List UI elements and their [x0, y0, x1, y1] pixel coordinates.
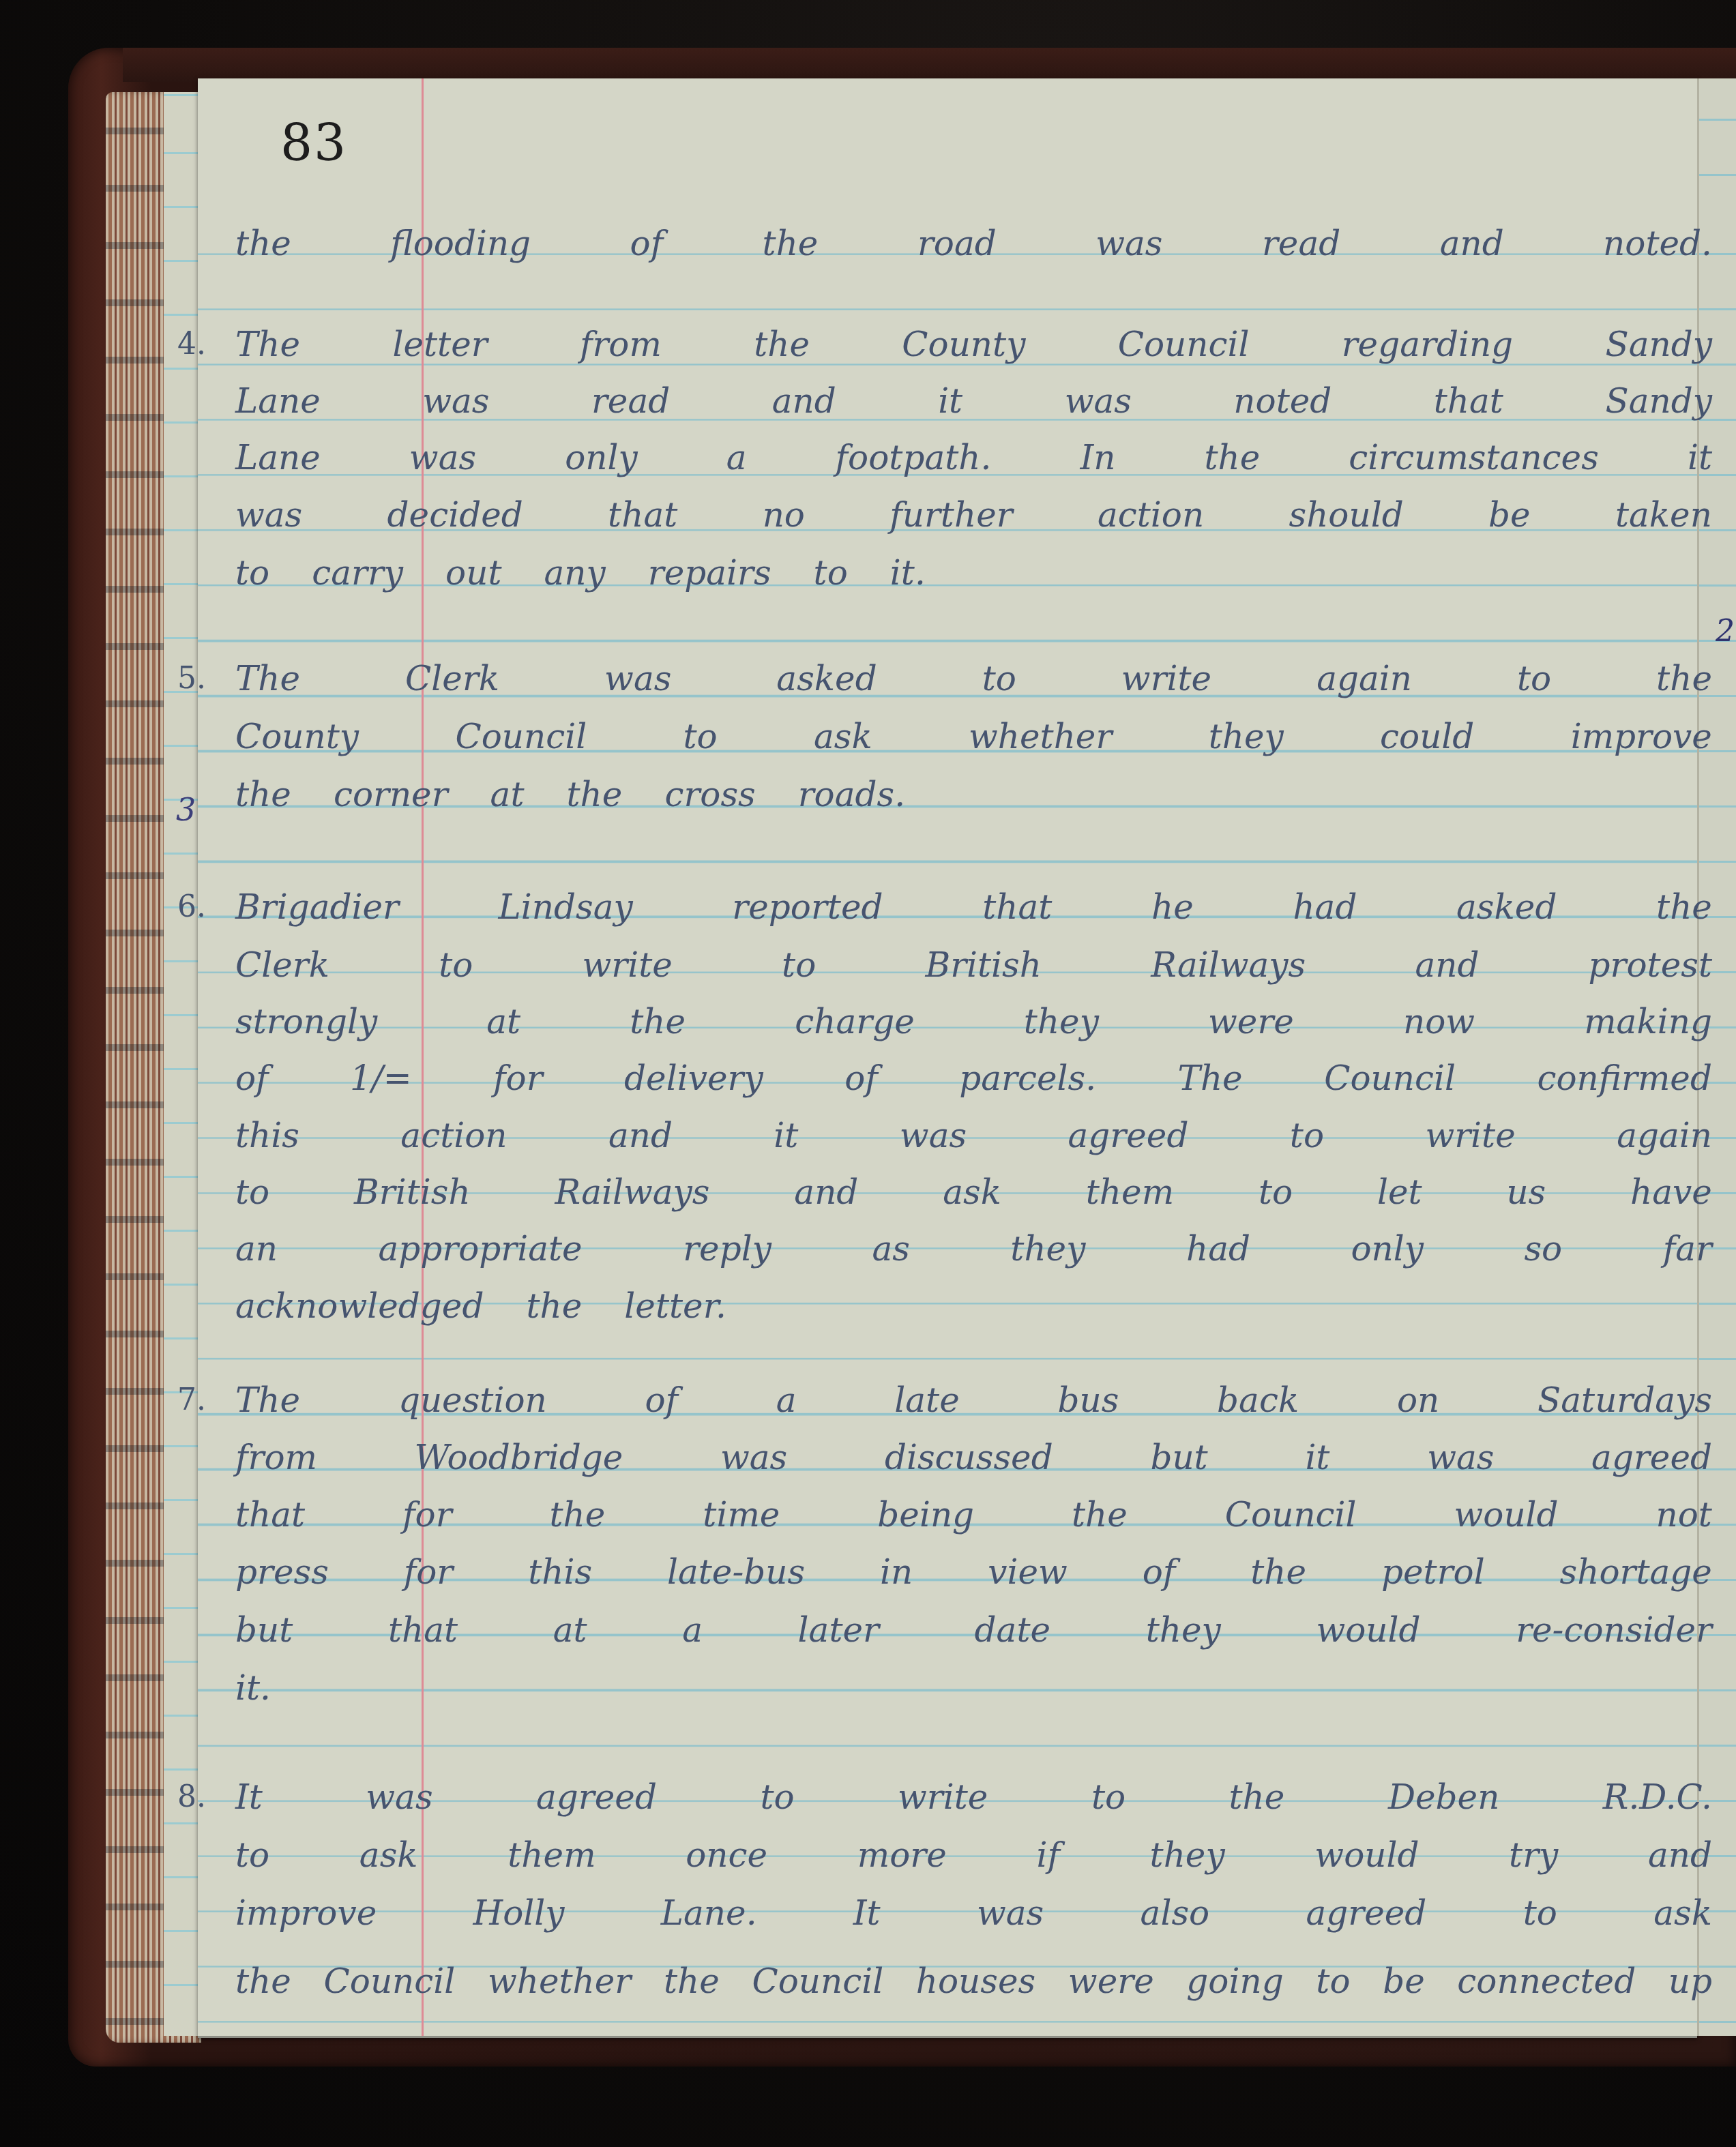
minute-line: TheletterfromtheCountyCouncilregardingSa…	[235, 321, 1712, 368]
handwritten-word: they	[1146, 1606, 1221, 1654]
minute-line: acknowledgedtheletter.	[235, 1282, 1712, 1330]
handwritten-word: was	[366, 1773, 432, 1821]
handwritten-word: let	[1377, 1168, 1422, 1216]
handwritten-word: Woodbridge	[415, 1434, 623, 1481]
handwritten-word: write	[898, 1773, 988, 1821]
handwritten-word: Holly	[473, 1889, 565, 1937]
handwritten-word: that	[982, 883, 1052, 931]
handwritten-minutes: thefloodingoftheroadwasreadandnoted.4.Th…	[0, 0, 1736, 2147]
handwritten-word: to	[1259, 1168, 1293, 1216]
handwritten-word: footpath.	[836, 434, 992, 482]
handwritten-word: would	[1316, 1606, 1420, 1654]
handwritten-word: at	[490, 771, 525, 818]
handwritten-word: that	[1434, 377, 1503, 425]
handwritten-word: this	[235, 1112, 299, 1159]
minute-line: theCouncilwhethertheCouncilhousesweregoi…	[235, 1957, 1712, 2005]
handwritten-word: agreed	[1068, 1112, 1189, 1159]
handwritten-word: cross	[664, 771, 755, 818]
handwritten-word: to	[982, 655, 1016, 702]
handwritten-word: they	[1024, 998, 1099, 1046]
handwritten-word: houses	[916, 1957, 1035, 2005]
handwritten-word: the	[1072, 1491, 1128, 1539]
handwritten-word: was	[1427, 1434, 1494, 1481]
handwritten-word: could	[1380, 713, 1474, 760]
handwritten-word: only	[565, 434, 638, 482]
handwritten-word: not	[1656, 1491, 1712, 1539]
handwritten-word: carry	[312, 549, 403, 597]
handwritten-word: Sandy	[1605, 321, 1712, 368]
handwritten-word: to	[1091, 1773, 1126, 1821]
handwritten-word: of	[235, 1054, 269, 1102]
handwritten-word: being	[877, 1491, 974, 1539]
handwritten-word: was	[1065, 377, 1132, 425]
handwritten-word: and	[1415, 941, 1479, 989]
handwritten-word: have	[1630, 1168, 1712, 1216]
handwritten-word: as	[872, 1225, 909, 1273]
handwritten-word: from	[580, 321, 662, 368]
handwritten-word: was	[1095, 220, 1162, 267]
minute-line: TheClerkwasaskedtowriteagaintothe	[235, 655, 1712, 702]
minute-line: of1/=fordeliveryofparcels.TheCouncilconf…	[235, 1054, 1712, 1102]
handwritten-word: petrol	[1381, 1548, 1485, 1596]
handwritten-word: this	[528, 1548, 592, 1596]
handwritten-word: action	[400, 1112, 507, 1159]
handwritten-word: the	[664, 1957, 720, 2005]
handwritten-word: it.	[890, 549, 926, 597]
minute-line: fromWoodbridgewasdiscussedbutitwasagreed	[235, 1434, 1712, 1481]
handwritten-word: try	[1509, 1831, 1558, 1879]
handwritten-word: also	[1141, 1889, 1210, 1937]
item-number: 8.	[177, 1773, 218, 1821]
minute-line: ThequestionofalatebusbackonSaturdays	[235, 1376, 1712, 1424]
handwritten-word: asked	[1456, 883, 1557, 931]
handwritten-word: the	[235, 1957, 291, 2005]
handwritten-word: making	[1584, 998, 1712, 1046]
handwritten-word: had	[1186, 1225, 1250, 1273]
minute-line: ItwasagreedtowritetotheDebenR.D.C.	[235, 1773, 1712, 1821]
minute-line: thisactionanditwasagreedtowriteagain	[235, 1112, 1712, 1159]
handwritten-word: and	[1648, 1831, 1712, 1879]
minute-line: pressforthislate-businviewofthepetrolsho…	[235, 1548, 1712, 1596]
handwritten-word: them	[1086, 1168, 1174, 1216]
handwritten-word: Council	[455, 713, 587, 760]
handwritten-word: far	[1663, 1225, 1712, 1273]
handwritten-word: it.	[235, 1664, 271, 1712]
handwritten-word: was	[900, 1112, 967, 1159]
handwritten-word: that	[608, 491, 677, 539]
handwritten-word: Clerk	[235, 941, 329, 989]
handwritten-word: write	[1121, 655, 1211, 702]
handwritten-word: Council	[324, 1957, 456, 2005]
handwritten-word: to	[1517, 655, 1551, 702]
handwritten-word: going	[1186, 1957, 1283, 2005]
handwritten-word: they	[1150, 1831, 1225, 1879]
minute-line: toaskthemoncemoreiftheywouldtryand	[235, 1831, 1712, 1879]
handwritten-word: Saturdays	[1538, 1376, 1712, 1424]
handwritten-word: British	[354, 1168, 471, 1216]
handwritten-word: the	[754, 321, 810, 368]
handwritten-word: had	[1293, 883, 1357, 931]
handwritten-word: County	[902, 321, 1025, 368]
handwritten-word: Council	[1225, 1491, 1357, 1539]
handwritten-word: of	[645, 1376, 678, 1424]
handwritten-word: any	[544, 549, 605, 597]
handwritten-word: corner	[334, 771, 448, 818]
minute-line: thatforthetimebeingtheCouncilwouldnot	[235, 1491, 1712, 1539]
handwritten-word: so	[1524, 1225, 1562, 1273]
handwritten-word: and	[608, 1112, 673, 1159]
handwritten-word: In	[1080, 434, 1115, 482]
handwritten-word: decided	[387, 491, 523, 539]
handwritten-word: from	[235, 1434, 317, 1481]
handwritten-word: if	[1036, 1831, 1060, 1879]
minute-line: LanewasreadanditwasnotedthatSandy	[235, 377, 1712, 425]
handwritten-word: back	[1217, 1376, 1299, 1424]
handwritten-word: be	[1488, 491, 1531, 539]
handwritten-word: for	[402, 1491, 452, 1539]
handwritten-word: ask	[814, 713, 872, 760]
handwritten-word: roads.	[798, 771, 905, 818]
handwritten-word: the	[1656, 655, 1712, 702]
handwritten-word: would	[1314, 1831, 1419, 1879]
item-number: 4.	[177, 321, 218, 368]
handwritten-word: Clerk	[405, 655, 499, 702]
handwritten-word: no	[763, 491, 805, 539]
handwritten-word: were	[1208, 998, 1294, 1046]
handwritten-word: acknowledged	[235, 1282, 484, 1330]
handwritten-word: now	[1403, 998, 1475, 1046]
handwritten-word: Council	[1118, 321, 1250, 368]
handwritten-word: R.D.C.	[1603, 1773, 1712, 1821]
handwritten-word: ask	[1653, 1889, 1712, 1937]
handwritten-word: to	[814, 549, 848, 597]
handwritten-word: the	[526, 1282, 582, 1330]
handwritten-word: them	[507, 1831, 595, 1879]
handwritten-word: view	[988, 1548, 1068, 1596]
handwritten-word: Lindsay	[499, 883, 633, 931]
handwritten-word: Railways	[555, 1168, 709, 1216]
handwritten-word: again	[1617, 1112, 1712, 1159]
handwritten-word: a	[682, 1606, 703, 1654]
handwritten-word: charge	[795, 998, 915, 1046]
handwritten-word: an	[235, 1225, 278, 1273]
handwritten-word: Sandy	[1605, 377, 1712, 425]
handwritten-word: at	[553, 1606, 587, 1654]
handwritten-word: Lane	[235, 434, 321, 482]
handwritten-word: were	[1068, 1957, 1154, 2005]
handwritten-word: the	[1656, 883, 1712, 931]
minute-line: Lanewasonlyafootpath.Inthecircumstancesi…	[235, 434, 1712, 482]
handwritten-word: 1/=	[350, 1054, 412, 1102]
handwritten-word: out	[445, 549, 501, 597]
handwritten-word: the	[763, 220, 819, 267]
handwritten-word: bus	[1058, 1376, 1119, 1424]
handwritten-word: confirmed	[1537, 1054, 1712, 1102]
handwritten-word: write	[1425, 1112, 1515, 1159]
handwritten-word: write	[583, 941, 673, 989]
handwritten-word: Council	[752, 1957, 883, 2005]
handwritten-word: The	[235, 655, 300, 702]
handwritten-word: regarding	[1342, 321, 1513, 368]
minute-line: it.	[235, 1664, 1712, 1712]
handwritten-word: read	[591, 377, 670, 425]
handwritten-word: press	[235, 1548, 329, 1596]
handwritten-word: ask	[359, 1831, 418, 1879]
handwritten-word: improve	[1571, 713, 1712, 760]
handwritten-word: be	[1383, 1957, 1425, 2005]
handwritten-word: read	[1262, 220, 1340, 267]
handwritten-word: at	[486, 998, 520, 1046]
handwritten-word: that	[235, 1491, 305, 1539]
handwritten-word: Brigadier	[235, 883, 399, 931]
handwritten-word: a	[726, 434, 747, 482]
handwritten-word: It	[235, 1773, 263, 1821]
handwritten-word: was	[977, 1889, 1044, 1937]
handwritten-word: on	[1397, 1376, 1439, 1424]
handwritten-word: to	[1290, 1112, 1324, 1159]
handwritten-word: the	[1229, 1773, 1285, 1821]
minute-line: stronglyatthechargetheywerenowmaking	[235, 998, 1712, 1046]
handwritten-word: it	[938, 377, 962, 425]
handwritten-word: would	[1454, 1491, 1558, 1539]
handwritten-word: the	[630, 998, 686, 1046]
minute-line: ClerktowritetoBritishRailwaysandprotest	[235, 941, 1712, 989]
handwritten-word: only	[1351, 1225, 1424, 1273]
handwritten-word: noted	[1233, 377, 1332, 425]
minute-line: CountyCounciltoaskwhethertheycouldimprov…	[235, 713, 1712, 760]
handwritten-word: agreed	[1306, 1889, 1426, 1937]
handwritten-word: re-consider	[1516, 1606, 1712, 1654]
minute-line: wasdecidedthatnofurtheractionshouldbetak…	[235, 491, 1712, 539]
handwritten-word: was	[604, 655, 671, 702]
handwritten-word: discussed	[885, 1434, 1053, 1481]
handwritten-word: to	[683, 713, 717, 760]
handwritten-word: a	[776, 1376, 797, 1424]
handwritten-word: whether	[969, 713, 1112, 760]
handwritten-word: County	[235, 713, 359, 760]
handwritten-word: to	[782, 941, 816, 989]
handwritten-word: of	[630, 220, 664, 267]
handwritten-word: more	[857, 1831, 947, 1879]
handwritten-word: was	[422, 377, 489, 425]
handwritten-word: date	[975, 1606, 1051, 1654]
handwritten-word: and	[794, 1168, 858, 1216]
handwritten-word: they	[1010, 1225, 1085, 1273]
handwritten-word: but	[235, 1606, 293, 1654]
handwritten-word: action	[1098, 491, 1204, 539]
handwritten-word: the	[1250, 1548, 1306, 1596]
handwritten-word: in	[880, 1548, 913, 1596]
handwritten-word: flooding	[390, 220, 531, 267]
handwritten-word: for	[404, 1548, 454, 1596]
handwritten-word: was	[409, 434, 476, 482]
handwritten-word: further	[889, 491, 1012, 539]
handwritten-word: they	[1209, 713, 1284, 760]
handwritten-word: noted.	[1603, 220, 1712, 267]
minute-line: butthatatalaterdatetheywouldre-consider	[235, 1606, 1712, 1654]
handwritten-word: the	[567, 771, 623, 818]
handwritten-word: and	[772, 377, 836, 425]
minute-line: tocarryoutanyrepairstoit.	[235, 549, 1712, 597]
handwritten-word: question	[398, 1376, 547, 1424]
handwritten-word: to	[235, 1168, 269, 1216]
handwritten-word: was	[720, 1434, 787, 1481]
minute-line: thecorneratthecrossroads.	[235, 771, 1712, 818]
handwritten-word: to	[235, 1831, 269, 1879]
handwritten-word: was	[235, 491, 302, 539]
handwritten-word: Lane.	[661, 1889, 757, 1937]
handwritten-word: the	[235, 220, 291, 267]
handwritten-word: asked	[776, 655, 877, 702]
handwritten-word: road	[917, 220, 997, 267]
handwritten-word: reported	[732, 883, 883, 931]
handwritten-word: reply	[683, 1225, 771, 1273]
handwritten-word: taken	[1615, 491, 1712, 539]
handwritten-word: letter.	[624, 1282, 726, 1330]
handwritten-word: improve	[235, 1889, 377, 1937]
handwritten-word: Council	[1324, 1054, 1456, 1102]
handwritten-word: to	[1316, 1957, 1350, 2005]
handwritten-word: repairs	[648, 549, 771, 597]
handwritten-word: but	[1150, 1434, 1207, 1481]
handwritten-word: to	[760, 1773, 794, 1821]
handwritten-word: circumstances	[1349, 434, 1599, 482]
handwritten-word: The	[1178, 1054, 1243, 1102]
handwritten-word: delivery	[624, 1054, 763, 1102]
handwritten-word: once	[686, 1831, 767, 1879]
handwritten-word: again	[1316, 655, 1412, 702]
handwritten-word: it	[774, 1112, 798, 1159]
handwritten-word: to	[1523, 1889, 1557, 1937]
handwritten-word: the	[235, 771, 291, 818]
handwritten-word: letter	[392, 321, 487, 368]
handwritten-word: parcels.	[959, 1054, 1096, 1102]
handwritten-word: protest	[1589, 941, 1712, 989]
handwritten-word: us	[1506, 1168, 1546, 1216]
handwritten-word: should	[1289, 491, 1403, 539]
minute-line: anappropriatereplyastheyhadonlysofar	[235, 1225, 1712, 1273]
handwritten-word: agreed	[1591, 1434, 1712, 1481]
handwritten-word: later	[798, 1606, 879, 1654]
handwritten-word: agreed	[536, 1773, 657, 1821]
item-number: 5.	[177, 655, 218, 702]
handwritten-word: connected	[1457, 1957, 1636, 2005]
handwritten-word: Railways	[1151, 941, 1306, 989]
item-number: 7.	[177, 1376, 218, 1424]
handwritten-word: late	[894, 1376, 959, 1424]
handwritten-word: he	[1151, 883, 1194, 931]
handwritten-word: Deben	[1388, 1773, 1499, 1821]
handwritten-word: appropriate	[378, 1225, 582, 1273]
minute-line: toBritishRailwaysandaskthemtoletushave	[235, 1168, 1712, 1216]
handwritten-word: It	[853, 1889, 881, 1937]
handwritten-word: the	[1204, 434, 1260, 482]
handwritten-word: ask	[943, 1168, 1001, 1216]
handwritten-word: of	[844, 1054, 878, 1102]
handwritten-word: that	[388, 1606, 458, 1654]
handwritten-word: up	[1668, 1957, 1712, 2005]
handwritten-word: the	[550, 1491, 606, 1539]
item-number: 6.	[177, 883, 218, 931]
minute-line: improveHollyLane.Itwasalsoagreedtoask	[235, 1889, 1712, 1937]
minute-line: BrigadierLindsayreportedthathehadaskedth…	[235, 883, 1712, 931]
handwritten-word: The	[235, 321, 300, 368]
continuation-line: thefloodingoftheroadwasreadandnoted.	[235, 220, 1712, 267]
handwritten-word: late-bus	[667, 1548, 805, 1596]
handwritten-word: it	[1305, 1434, 1329, 1481]
handwritten-word: shortage	[1560, 1548, 1712, 1596]
handwritten-word: it	[1688, 434, 1712, 482]
handwritten-word: The	[235, 1376, 300, 1424]
handwritten-word: for	[493, 1054, 543, 1102]
handwritten-word: strongly	[235, 998, 377, 1046]
handwritten-word: Lane	[235, 377, 321, 425]
handwritten-word: British	[925, 941, 1042, 989]
handwritten-word: whether	[488, 1957, 631, 2005]
handwritten-word: time	[703, 1491, 780, 1539]
handwritten-word: of	[1143, 1548, 1176, 1596]
handwritten-word: and	[1440, 220, 1504, 267]
handwritten-word: to	[439, 941, 473, 989]
handwritten-word: to	[235, 549, 269, 597]
